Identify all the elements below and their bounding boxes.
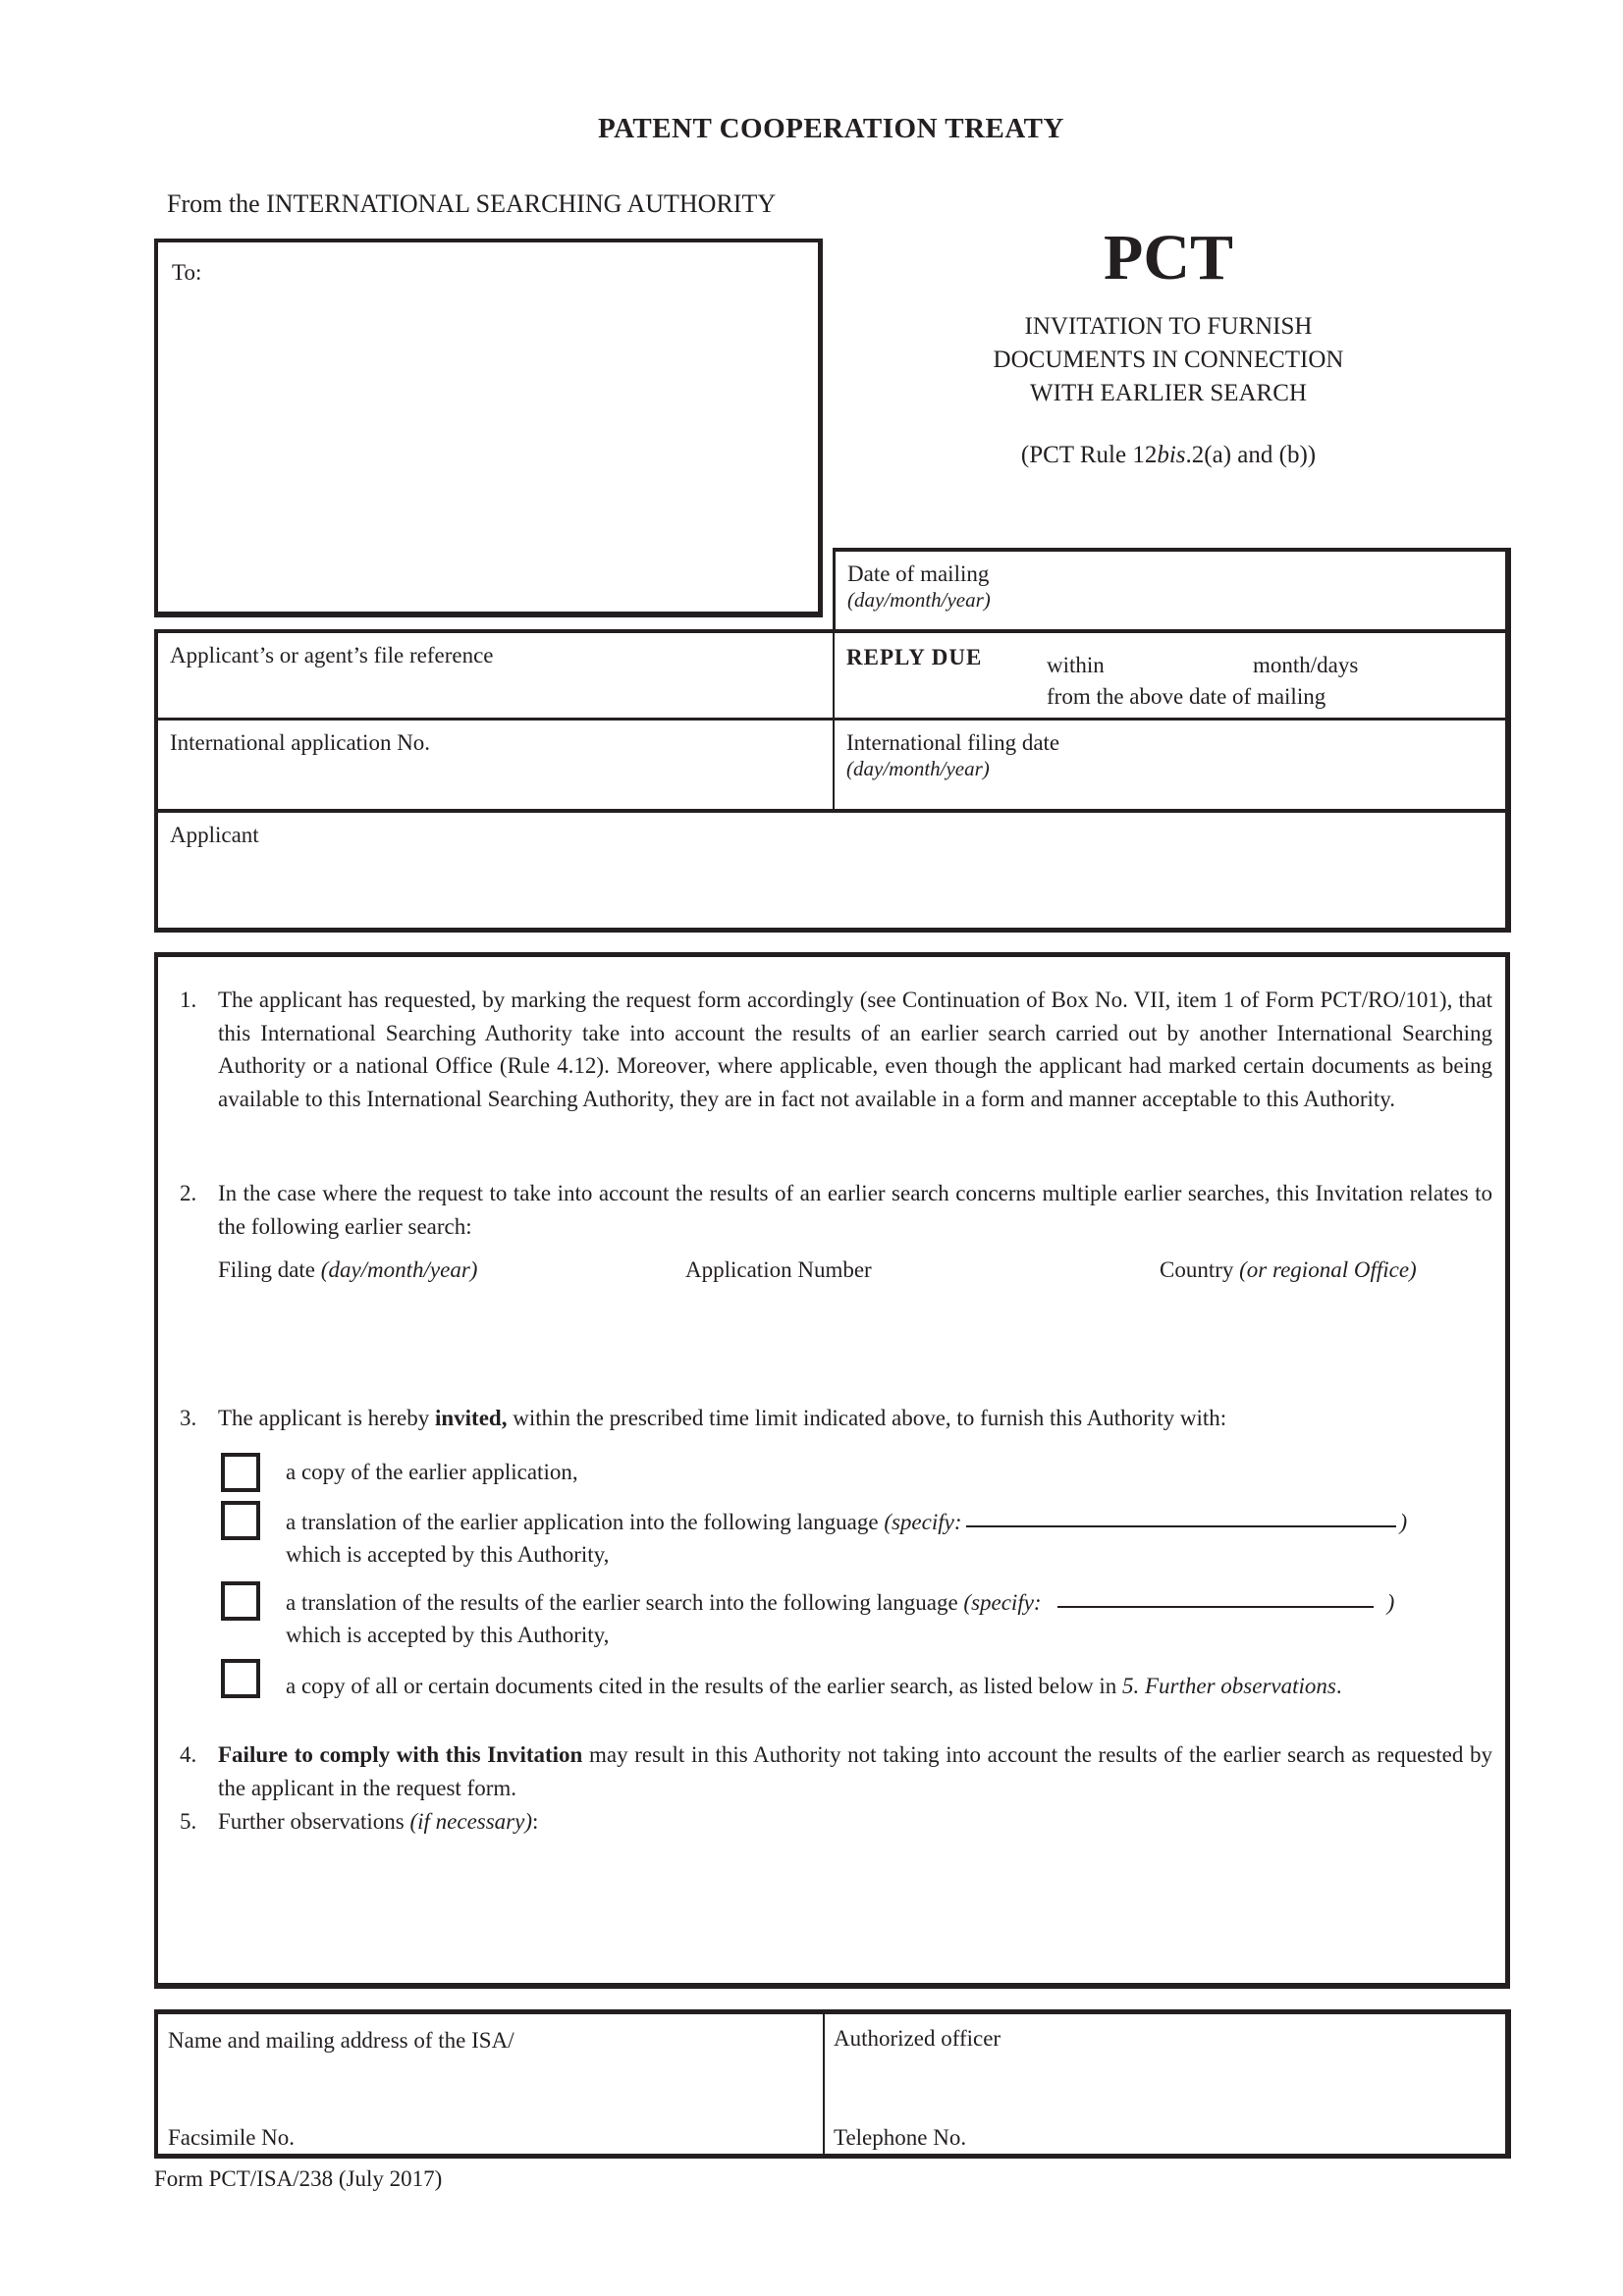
item-5-text: Further observations (if necessary): <box>218 1805 1492 1839</box>
subtitle-line: WITH EARLIER SEARCH <box>884 377 1453 410</box>
isa-contact-box: Name and mailing address of the ISA/ Fac… <box>154 2009 1511 2159</box>
isa-name-address-label: Name and mailing address of the ISA/ <box>168 2028 514 2054</box>
reply-unit-label: month/days <box>1253 653 1358 678</box>
to-label: To: <box>172 260 201 286</box>
sender-authority: From the INTERNATIONAL SEARCHING AUTHORI… <box>167 189 776 219</box>
authorized-officer-field[interactable]: Authorized officer Telephone No. <box>825 2014 1502 2154</box>
invitation-body: 1. The applicant has requested, by marki… <box>154 952 1510 1989</box>
date-of-mailing-field[interactable]: Date of mailing (day/month/year) <box>833 548 1511 631</box>
file-reference-field[interactable]: Applicant’s or agent’s file reference <box>158 633 833 718</box>
form-subtitle: INVITATION TO FURNISH DOCUMENTS IN CONNE… <box>884 310 1453 410</box>
international-application-no-label: International application No. <box>170 730 430 756</box>
subtitle-line: DOCUMENTS IN CONNECTION <box>884 344 1453 377</box>
international-application-no-field[interactable]: International application No. <box>158 721 833 809</box>
application-details-grid: Applicant’s or agent’s file reference RE… <box>154 629 1511 933</box>
checkbox-copy-earlier-application[interactable] <box>221 1453 260 1492</box>
international-filing-date-field[interactable]: International filing date (day/month/yea… <box>835 721 1509 809</box>
form-identifier: Form PCT/ISA/238 (July 2017) <box>154 2166 442 2192</box>
form-acronym: PCT <box>982 224 1355 293</box>
item-2-text: In the case where the request to take in… <box>218 1177 1492 1243</box>
reply-due-label: REPLY DUE <box>846 645 982 670</box>
subtitle-line: INVITATION TO FURNISH <box>884 310 1453 344</box>
earlier-search-country-column[interactable]: Country (or regional Office) <box>1160 1257 1417 1283</box>
international-filing-date-label: International filing date (day/month/yea… <box>846 730 1059 781</box>
reply-within-label: within <box>1047 653 1105 678</box>
addressee-box[interactable]: To: <box>154 239 823 617</box>
file-reference-label: Applicant’s or agent’s file reference <box>170 643 494 668</box>
telephone-label: Telephone No. <box>834 2125 966 2151</box>
checkbox-copy-cited-documents[interactable] <box>221 1659 260 1698</box>
reply-due-field[interactable]: REPLY DUE within month/days from the abo… <box>835 633 1509 718</box>
further-observations-field[interactable] <box>218 1850 1485 1968</box>
item-3-text: The applicant is hereby invited, within … <box>218 1402 1492 1435</box>
checkbox-translation-earlier-search[interactable] <box>221 1581 260 1621</box>
rule-reference: (PCT Rule 12bis.2(a) and (b)) <box>884 442 1453 469</box>
language-specify-input[interactable] <box>966 1506 1396 1527</box>
date-of-mailing-label: Date of mailing (day/month/year) <box>847 561 991 613</box>
applicant-field[interactable]: Applicant <box>158 813 1505 929</box>
item-4-text: Failure to comply with this Invitation m… <box>218 1738 1492 1804</box>
search-language-specify-input[interactable] <box>1057 1586 1374 1608</box>
isa-name-address-field[interactable]: Name and mailing address of the ISA/ Fac… <box>158 2014 823 2154</box>
item-1-text: The applicant has requested, by marking … <box>218 984 1492 1115</box>
checkbox-translation-earlier-application[interactable] <box>221 1501 260 1540</box>
document-title: PATENT COOPERATION TREATY <box>0 113 1623 145</box>
reply-from-label: from the above date of mailing <box>1047 684 1325 710</box>
earlier-search-application-number-column[interactable]: Application Number <box>685 1257 872 1283</box>
earlier-search-filing-date-column[interactable]: Filing date (day/month/year) <box>218 1257 477 1283</box>
applicant-label: Applicant <box>170 823 259 848</box>
authorized-officer-label: Authorized officer <box>834 2026 1001 2052</box>
facsimile-label: Facsimile No. <box>168 2125 295 2151</box>
